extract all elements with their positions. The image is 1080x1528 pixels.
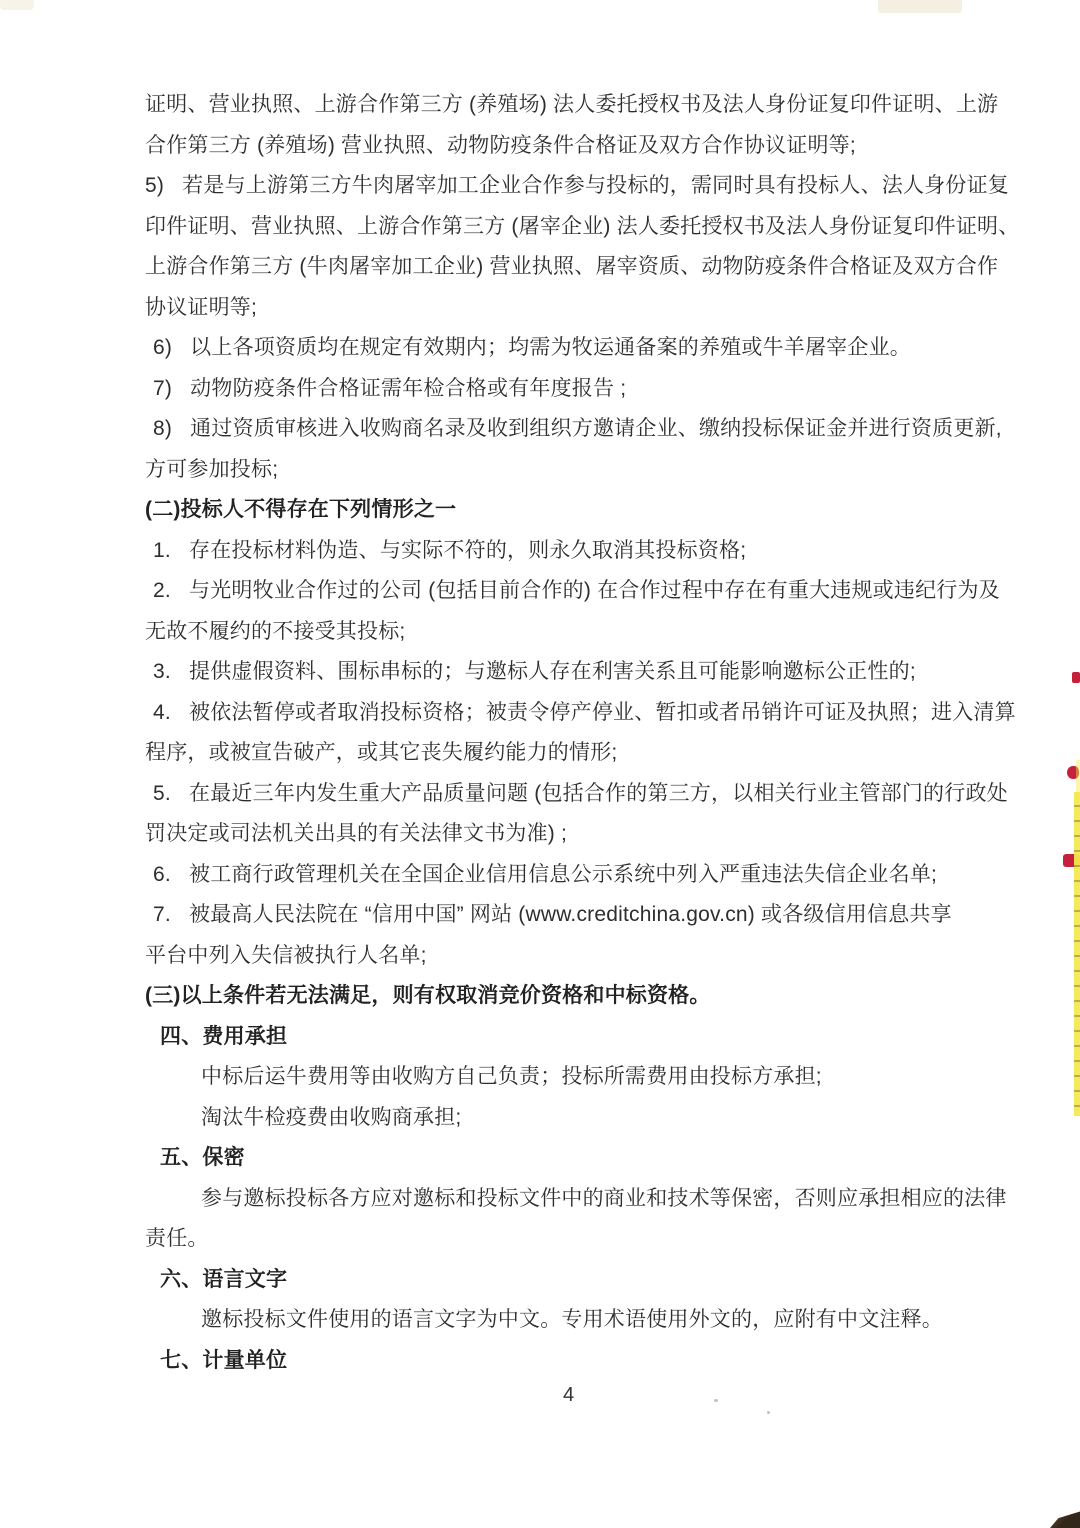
scanned-document-page: 证明、营业执照、上游合作第三方 (养殖场) 法人委托授权书及法人身份证复印件证明…: [0, 0, 1080, 1528]
text-line: 7) 动物防疫条件合格证需年检合格或有年度报告 ;: [145, 369, 975, 410]
text-line: 7. 被最高人民法院在 “信用中国” 网站 (www.creditchina.g…: [145, 895, 975, 936]
text-line: 5. 在最近三年内发生重大产品质量问题 (包括合作的第三方，以相关行业主管部门的…: [145, 774, 975, 815]
document-text-block: 证明、营业执照、上游合作第三方 (养殖场) 法人委托授权书及法人身份证复印件证明…: [145, 85, 975, 1381]
text-line: 平台中列入失信被执行人名单;: [145, 936, 975, 977]
text-line: 1. 存在投标材料伪造、与实际不符的，则永久取消其投标资格;: [145, 531, 975, 572]
red-ink-mark-1: [1072, 672, 1080, 683]
text-line: 3. 提供虚假资料、围标串标的；与邀标人存在利害关系且可能影响邀标公正性的;: [145, 652, 975, 693]
text-line: 6) 以上各项资质均在规定有效期内；均需为牧运通备案的养殖或牛羊屠宰企业。: [145, 328, 975, 369]
text-line: 证明、营业执照、上游合作第三方 (养殖场) 法人委托授权书及法人身份证复印件证明…: [145, 85, 975, 126]
page-number: 4: [563, 1384, 574, 1407]
text-line: (二)投标人不得存在下列情形之一: [145, 490, 975, 531]
text-line: 罚决定或司法机关出具的有关法律文书为准) ;: [145, 814, 975, 855]
text-line: 方可参加投标;: [145, 450, 975, 491]
text-line: 6. 被工商行政管理机关在全国企业信用信息公示系统中列入严重违法失信企业名单;: [145, 855, 975, 896]
text-line: 协议证明等;: [145, 288, 975, 329]
text-line: 淘汰牛检疫费由收购商承担;: [145, 1098, 975, 1139]
text-line: 邀标投标文件使用的语言文字为中文。专用术语使用外文的，应附有中文注释。: [145, 1300, 975, 1341]
text-line: 5) 若是与上游第三方牛肉屠宰加工企业合作参与投标的，需同时具有投标人、法人身份…: [145, 166, 975, 207]
text-line: 四、费用承担: [145, 1017, 975, 1058]
text-line: 4. 被依法暂停或者取消投标资格；被责令停产停业、暂扣或者吊销许可证及执照；进入…: [145, 693, 975, 734]
text-line: 上游合作第三方 (牛肉屠宰加工企业) 营业执照、屠宰资质、动物防疫条件合格证及双…: [145, 247, 975, 288]
scan-smudge-top-left: [0, 0, 34, 10]
paper-speck-2: [767, 1411, 770, 1414]
text-line: 印件证明、营业执照、上游合作第三方 (屠宰企业) 法人委托授权书及法人身份证复印…: [145, 207, 975, 248]
text-line: 六、语言文字: [145, 1260, 975, 1301]
text-line: 无故不履约的不接受其投标;: [145, 612, 975, 653]
text-line: 2. 与光明牧业合作过的公司 (包括目前合作的) 在合作过程中存在有重大违规或违…: [145, 571, 975, 612]
text-line: 五、保密: [145, 1138, 975, 1179]
page-corner-shadow: [1050, 1510, 1080, 1528]
text-line: 8) 通过资质审核进入收购商名录及收到组织方邀请企业、缴纳投标保证金并进行资质更…: [145, 409, 975, 450]
text-line: 程序，或被宣告破产，或其它丧失履约能力的情形;: [145, 733, 975, 774]
text-line: 参与邀标投标各方应对邀标和投标文件中的商业和技术等保密，否则应承担相应的法律: [145, 1179, 975, 1220]
text-line: (三)以上条件若无法满足，则有权取消竞价资格和中标资格。: [145, 976, 975, 1017]
text-line: 责任。: [145, 1219, 975, 1260]
paper-speck-1: [714, 1399, 718, 1402]
scan-smudge-top-right: [878, 0, 962, 13]
text-line: 七、计量单位: [145, 1341, 975, 1382]
text-line: 合作第三方 (养殖场) 营业执照、动物防疫条件合格证及双方合作协议证明等;: [145, 126, 975, 167]
yellow-paper-edge: [1074, 792, 1080, 1116]
text-line: 中标后运牛费用等由收购方自己负责；投标所需费用由投标方承担;: [145, 1057, 975, 1098]
